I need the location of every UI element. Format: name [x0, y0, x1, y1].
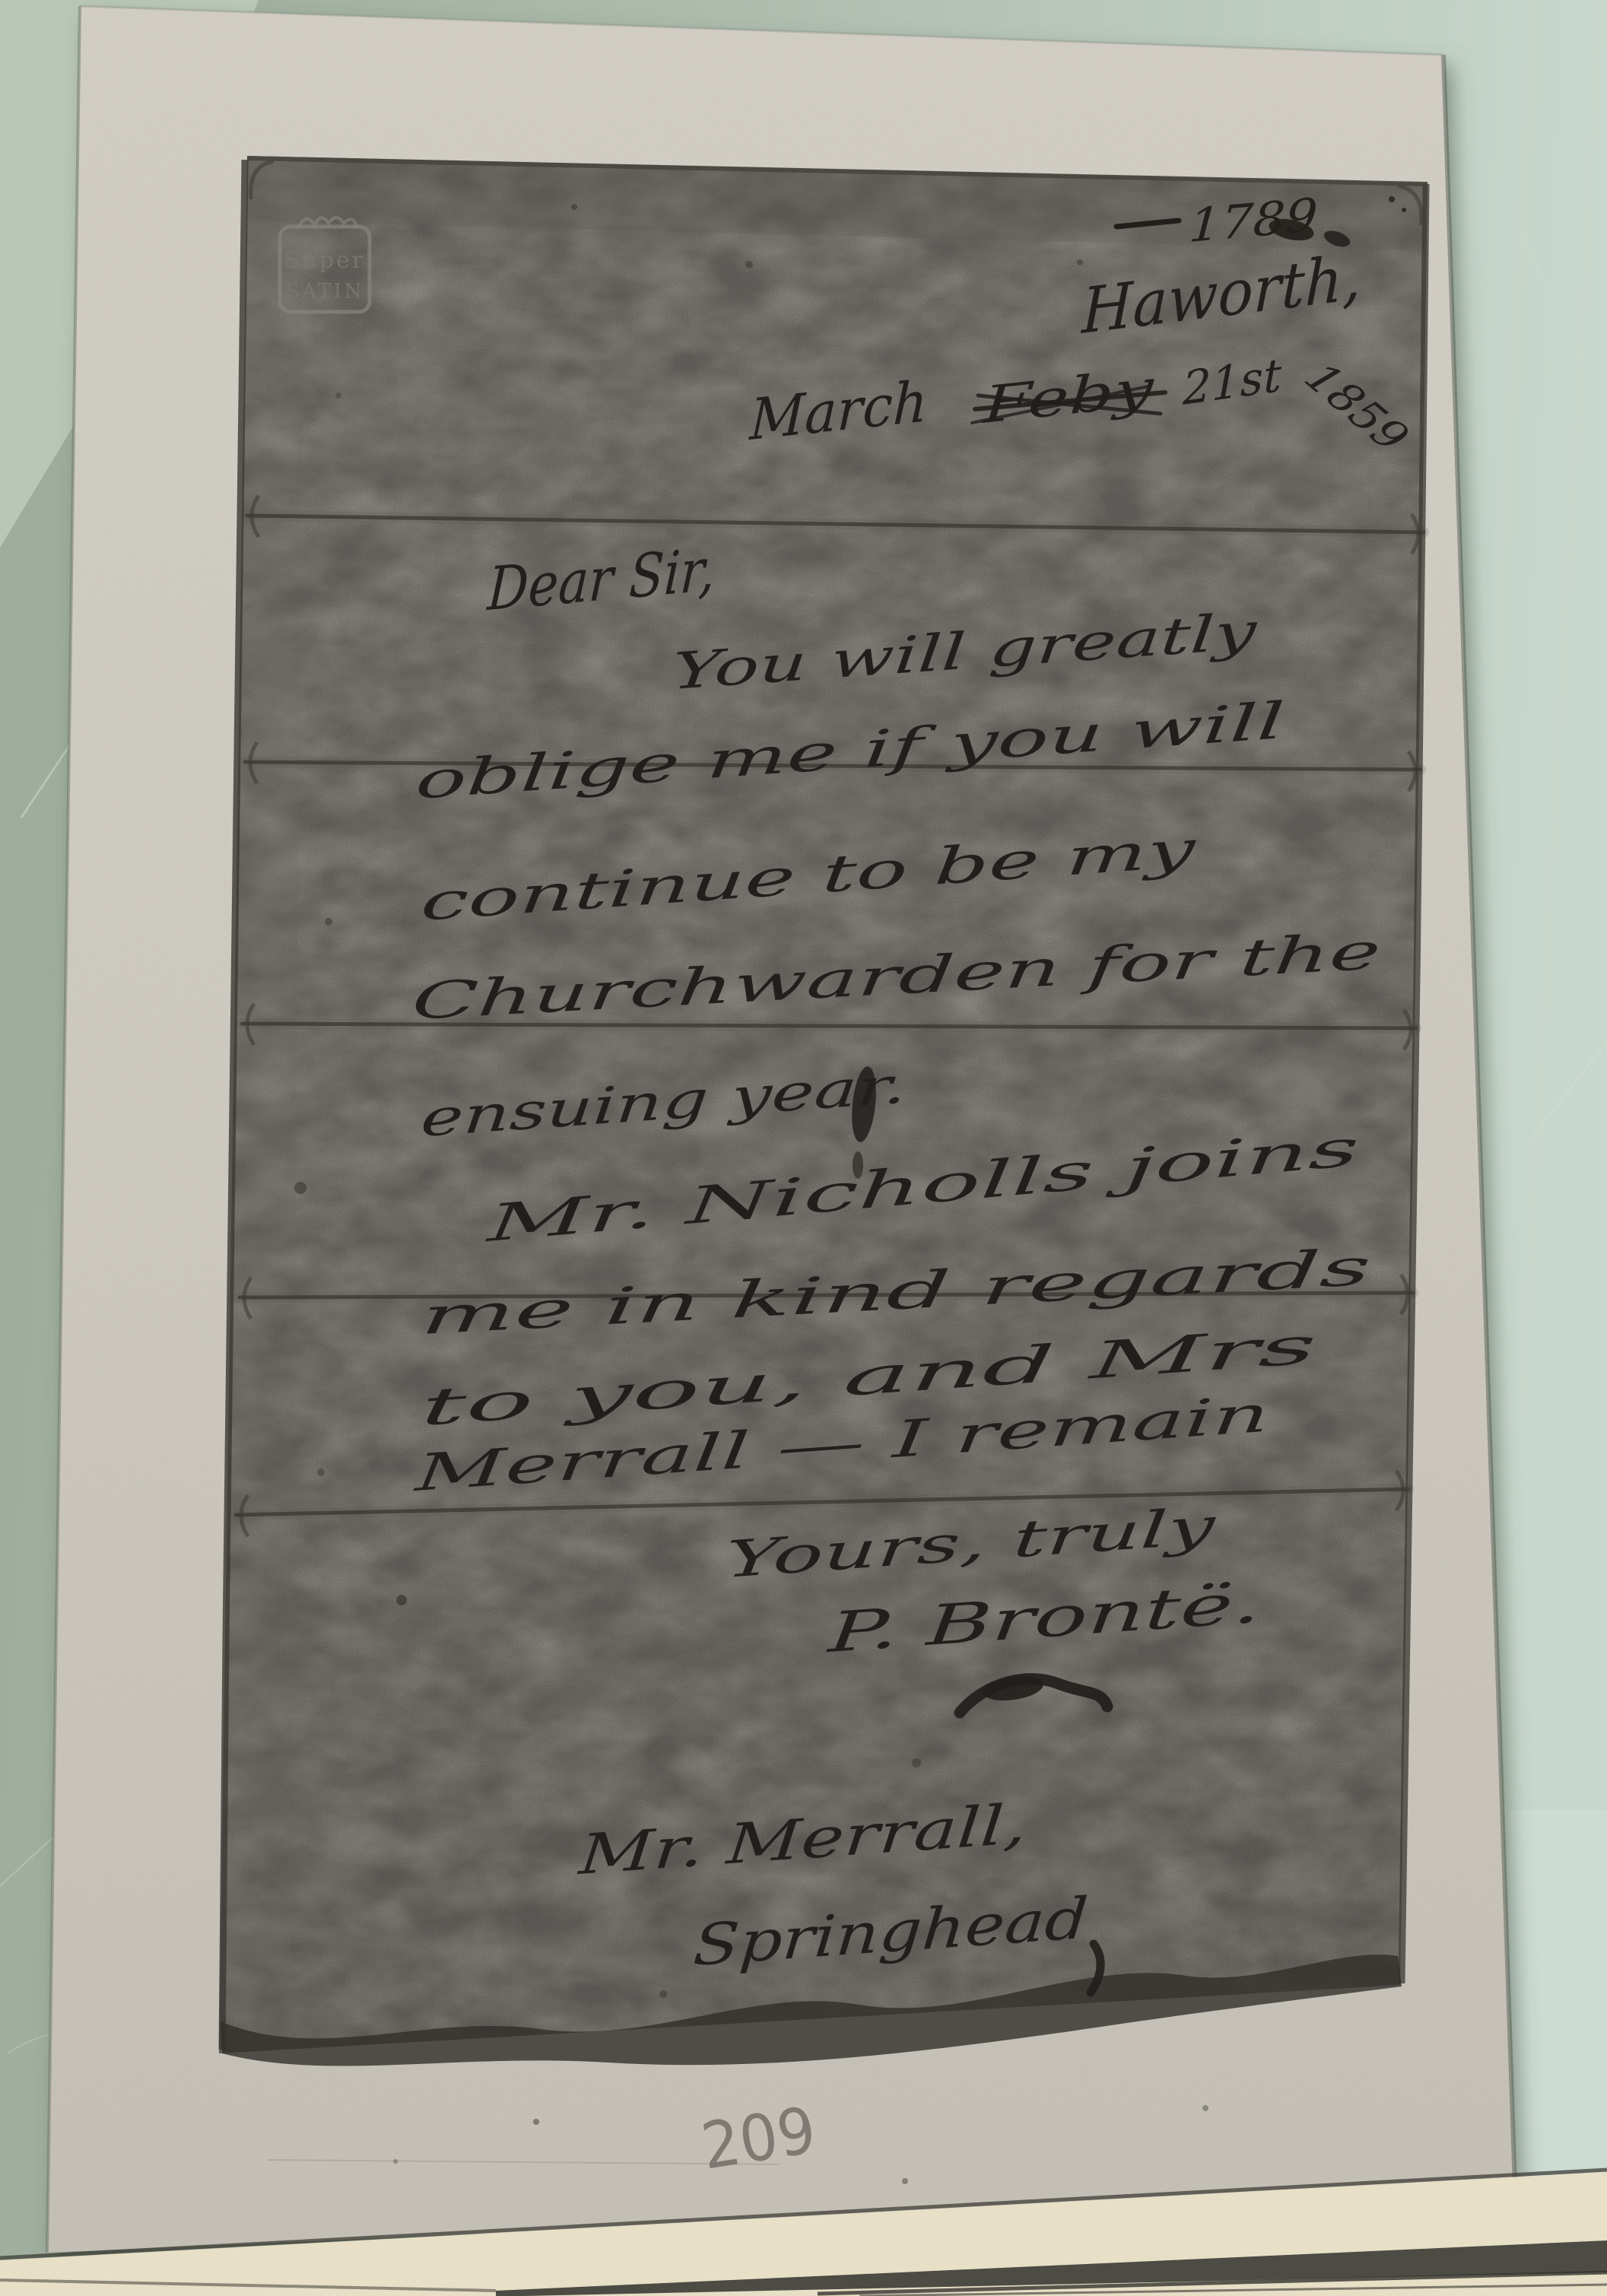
stamp-word-1: Super — [284, 247, 365, 274]
photograph-of-letter: Super SATIN 1789 Haworth, March Feby 21s… — [0, 0, 1607, 2296]
stamp-word-2: SATIN — [285, 280, 364, 303]
background-right-patch — [1510, 1810, 1607, 2190]
